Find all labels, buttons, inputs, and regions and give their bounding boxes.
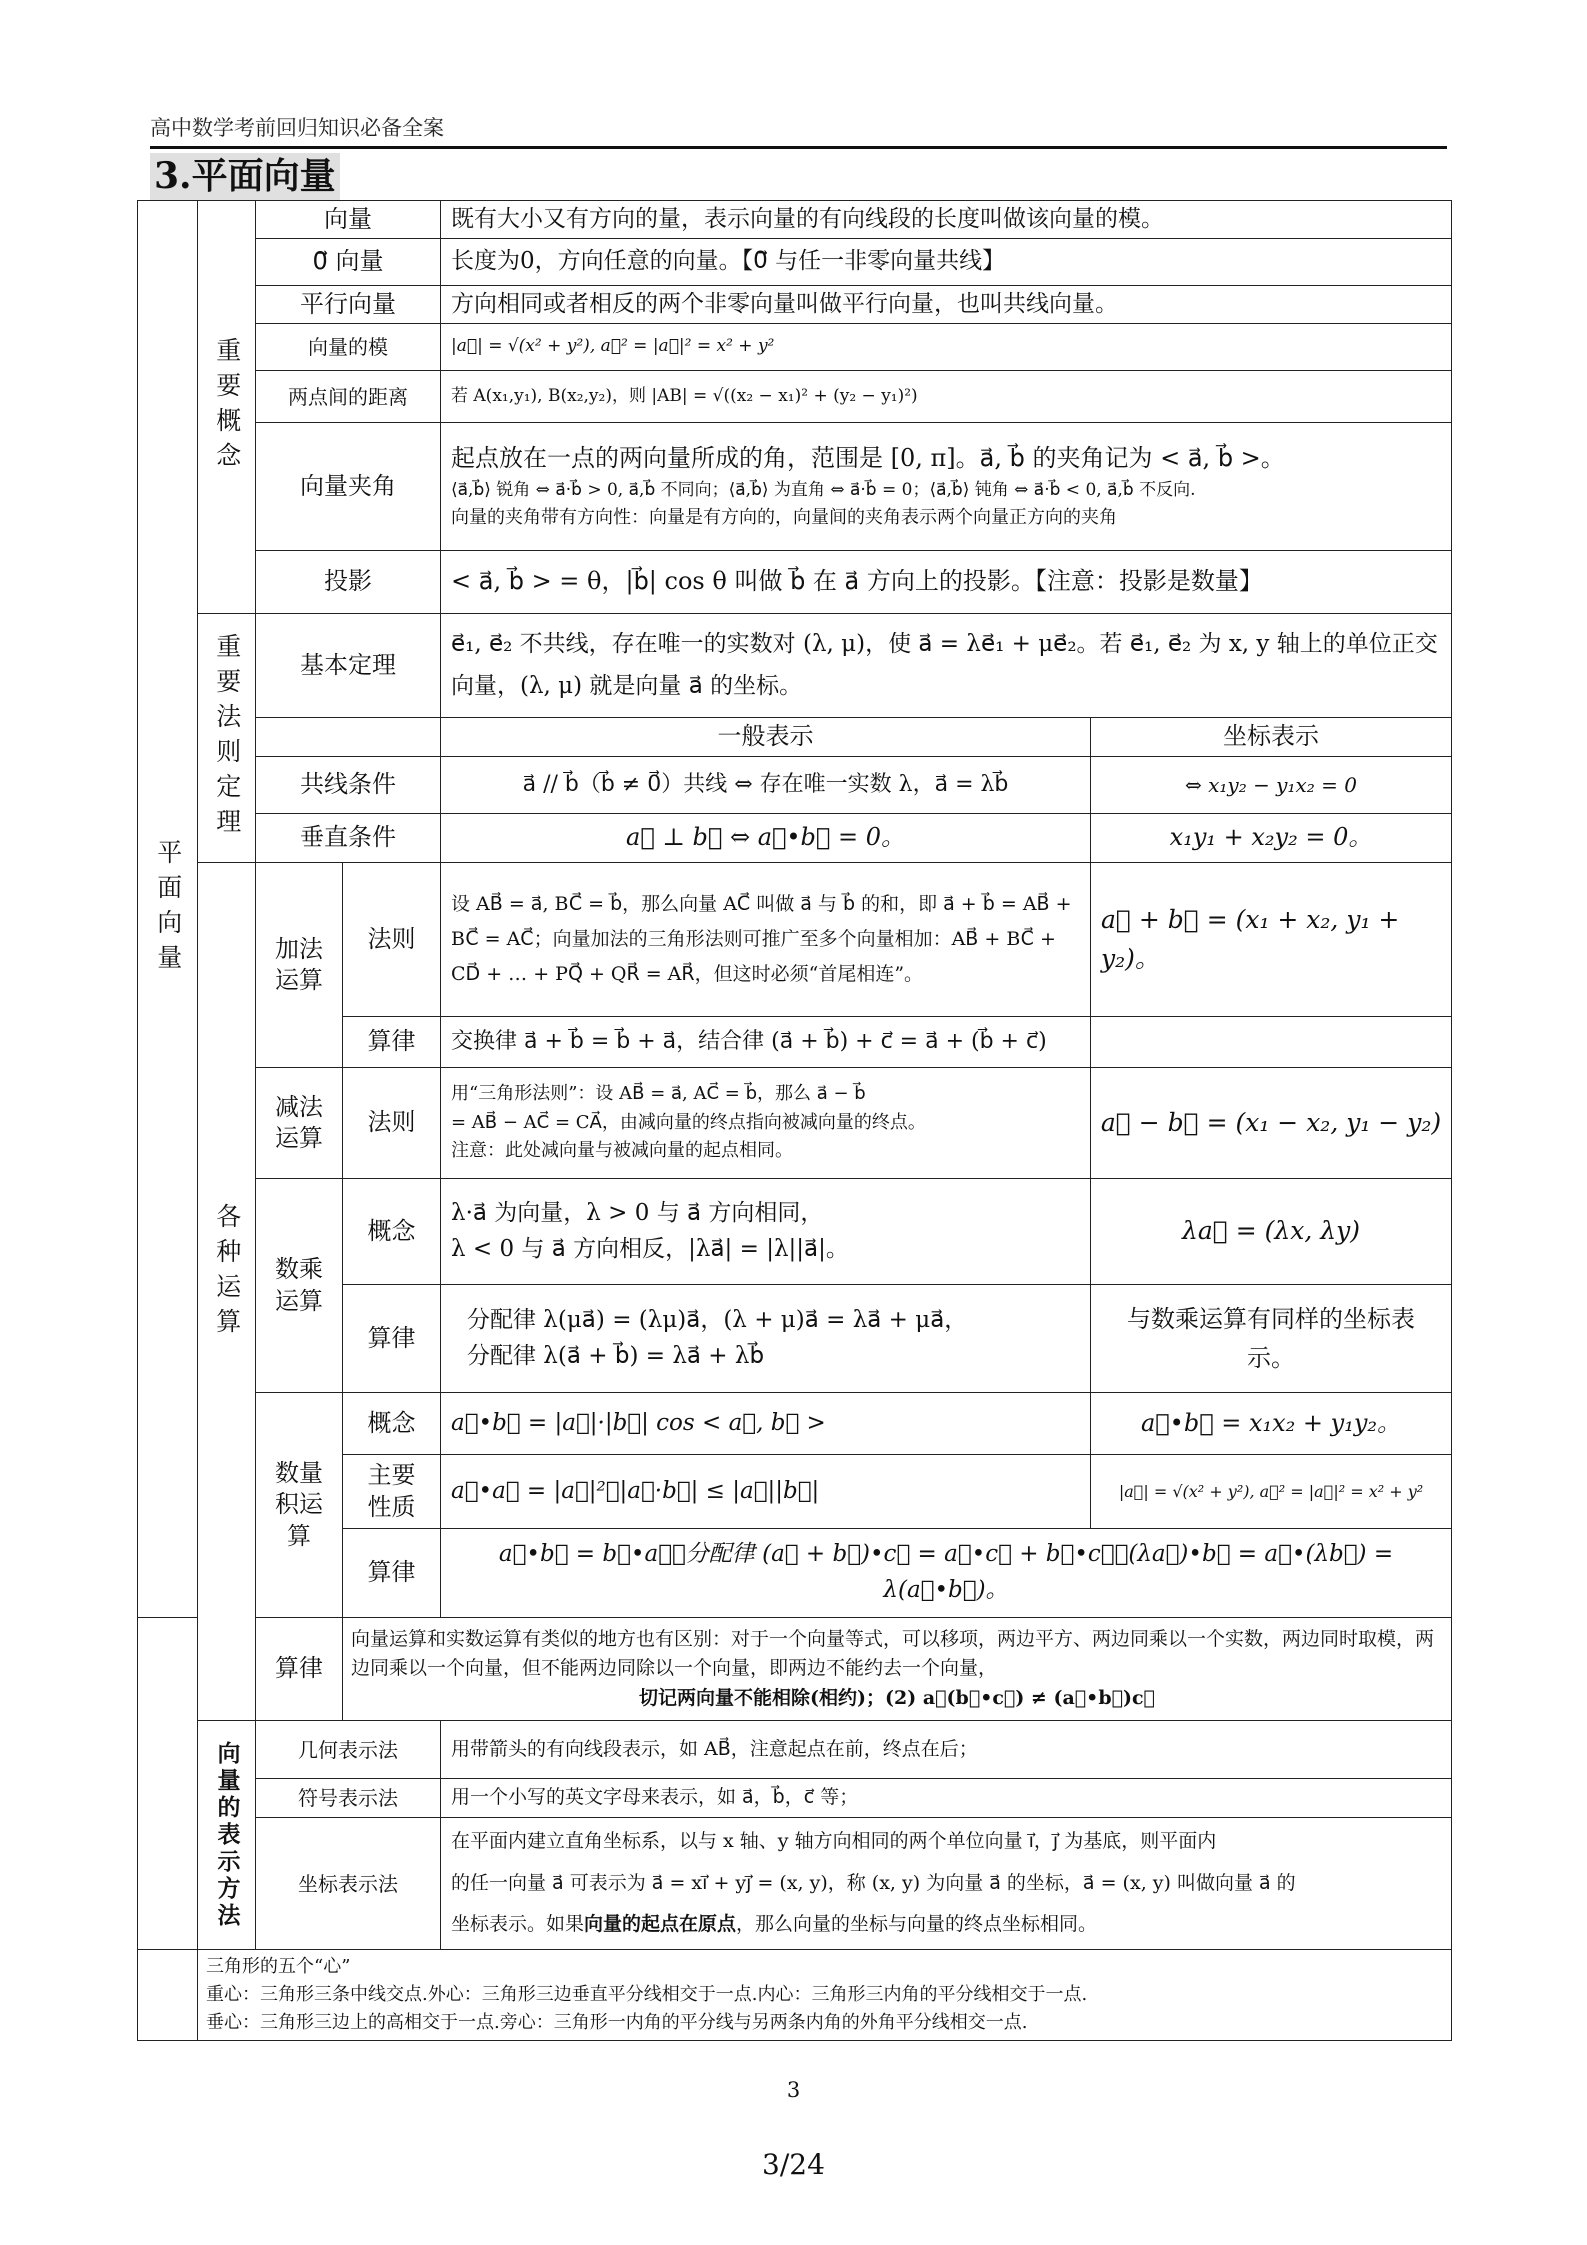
op-scalar-law-label: 算律 <box>342 1284 441 1393</box>
header-divider <box>150 146 1447 149</box>
group-operations-label: 各种运算 <box>210 1203 243 1343</box>
document-header-title: 高中数学考前回归知识必备全案 <box>150 112 444 142</box>
theorem-name-collinear: 共线条件 <box>255 756 441 814</box>
group-theorems-cell: 重要法则定理 <box>197 613 256 863</box>
group-representation-cell: 向量的表示方法 <box>197 1720 256 1950</box>
op-addition-law-label: 算律 <box>342 1016 441 1068</box>
op-subtraction-rule: 用“三角形法则”：设 AB⃗ = a⃗, AC⃗ = b⃗，那么 a⃗ − b⃗… <box>440 1067 1091 1179</box>
group-representation-label: 向量的表示方法 <box>212 1741 242 1930</box>
concept-name-vector: 向量 <box>255 200 441 239</box>
op-subtraction-rule-label: 法则 <box>342 1067 441 1179</box>
op-scalar-concept-coord: λa⃗ = (λx, λy) <box>1090 1178 1452 1285</box>
theorem-header-blank <box>255 717 441 757</box>
op-subtraction-name: 减法运算 <box>255 1067 343 1179</box>
theorem-coord-perpendicular: x₁y₁ + x₂y₂ = 0。 <box>1090 813 1452 863</box>
rep-content-geometric: 用带箭头的有向线段表示，如 AB⃗，注意起点在前，终点在后； <box>440 1720 1452 1779</box>
theorem-content-basic: e⃗₁, e⃗₂ 不共线，存在唯一的实数对 (λ, μ)，使 a⃗ = λe⃗₁… <box>440 613 1452 718</box>
triangle-centers-note: 三角形的五个“心” 重心：三角形三条中线交点.外心：三角形三边垂直平分线相交于一… <box>197 1949 1452 2041</box>
concept-name-parallel: 平行向量 <box>255 285 441 324</box>
concept-name-magnitude: 向量的模 <box>255 323 441 371</box>
theorem-general-perpendicular: a⃗ ⊥ b⃗ ⇔ a⃗•b⃗ = 0。 <box>440 813 1091 863</box>
op-dot-concept-label: 概念 <box>342 1392 441 1455</box>
rep-content-symbolic: 用一个小写的英文字母来表示，如 a⃗，b⃗，c⃗ 等； <box>440 1778 1452 1818</box>
outer-label-cell: 平面向量 <box>137 200 198 1618</box>
group-concepts-cell: 重要概念 <box>197 200 256 614</box>
group-operations-cell: 各种运算 <box>197 862 256 1721</box>
op-scalar-law-coord: 与数乘运算有同样的坐标表示。 <box>1090 1284 1452 1393</box>
group-theorems-label: 重要法则定理 <box>210 633 243 843</box>
page-number: 3 <box>0 2078 1587 2102</box>
section-title: 3.平面向量 <box>150 153 340 200</box>
theorem-header-coordinate: 坐标表示 <box>1090 717 1452 757</box>
op-addition-rule-coord: a⃗ + b⃗ = (x₁ + x₂, y₁ + y₂)。 <box>1090 862 1452 1017</box>
op-addition-law-coord <box>1090 1016 1452 1068</box>
op-dot-property-coord: |a⃗| = √(x² + y²), a⃗² = |a⃗|² = x² + y² <box>1090 1454 1452 1529</box>
concept-content-distance: 若 A(x₁,y₁), B(x₂,y₂)，则 |AB| = √((x₂ − x₁… <box>440 370 1452 423</box>
outer-blank-cell <box>137 1617 198 1950</box>
concept-name-distance: 两点间的距离 <box>255 370 441 423</box>
op-addition-name: 加法运算 <box>255 862 343 1068</box>
op-general-law: 向量运算和实数运算有类似的地方也有区别：对于一个向量等式，可以移项，两边平方、两… <box>342 1617 1452 1721</box>
theorem-coord-collinear: ⇔ x₁y₂ − y₁x₂ = 0 <box>1090 756 1452 814</box>
concept-name-zero-vector: 0⃗ 向量 <box>255 238 441 286</box>
theorem-header-general: 一般表示 <box>440 717 1091 757</box>
rep-name-geometric: 几何表示法 <box>255 1720 441 1779</box>
concept-name-projection: 投影 <box>255 550 441 614</box>
triangle-centers-left-blank <box>137 1949 198 2041</box>
op-scalar-law: 分配律 λ(μa⃗) = (λμ)a⃗，(λ + μ)a⃗ = λa⃗ + μa… <box>440 1284 1091 1393</box>
op-dot-property: a⃗•a⃗ = |a⃗|²，|a⃗·b⃗| ≤ |a⃗||b⃗| <box>440 1454 1091 1529</box>
op-scalar-name: 数乘运算 <box>255 1178 343 1393</box>
op-dot-law-label: 算律 <box>342 1528 441 1618</box>
group-concepts-label: 重要概念 <box>210 337 243 477</box>
op-general-law-label: 算律 <box>255 1617 343 1721</box>
concept-content-vector: 既有大小又有方向的量，表示向量的有向线段的长度叫做该向量的模。 <box>440 200 1452 239</box>
op-addition-rule-label: 法则 <box>342 862 441 1017</box>
rep-content-coordinate: 在平面内建立直角坐标系，以与 x 轴、y 轴方向相同的两个单位向量 i⃗，j⃗ … <box>440 1817 1452 1950</box>
concept-content-angle: 起点放在一点的两向量所成的角，范围是 [0, π]。a⃗, b⃗ 的夹角记为 <… <box>440 422 1452 551</box>
op-scalar-concept: λ·a⃗ 为向量，λ > 0 与 a⃗ 方向相同， λ < 0 与 a⃗ 方向相… <box>440 1178 1091 1285</box>
rep-name-symbolic: 符号表示法 <box>255 1778 441 1818</box>
theorem-general-collinear: a⃗ // b⃗（b⃗ ≠ 0⃗）共线 ⇔ 存在唯一实数 λ，a⃗ = λb⃗ <box>440 756 1091 814</box>
outer-label: 平面向量 <box>151 839 184 979</box>
op-dot-law: a⃗•b⃗ = b⃗•a⃗，分配律 (a⃗ + b⃗)•c⃗ = a⃗•c⃗ +… <box>440 1528 1452 1618</box>
op-addition-rule: 设 AB⃗ = a⃗, BC⃗ = b⃗，那么向量 AC⃗ 叫做 a⃗ 与 b⃗… <box>440 862 1091 1017</box>
concept-content-parallel: 方向相同或者相反的两个非零向量叫做平行向量，也叫共线向量。 <box>440 285 1452 324</box>
rep-name-coordinate: 坐标表示法 <box>255 1817 441 1950</box>
page-of-total: 3/24 <box>0 2148 1587 2181</box>
theorem-name-basic: 基本定理 <box>255 613 441 718</box>
concept-content-magnitude: |a⃗| = √(x² + y²), a⃗² = |a⃗|² = x² + y² <box>440 323 1452 371</box>
op-dot-property-label: 主要性质 <box>342 1454 441 1529</box>
concept-content-projection: < a⃗, b⃗ > = θ，|b⃗| cos θ 叫做 b⃗ 在 a⃗ 方向上… <box>440 550 1452 614</box>
op-dot-concept: a⃗•b⃗ = |a⃗|·|b⃗| cos < a⃗, b⃗ > <box>440 1392 1091 1455</box>
op-scalar-concept-label: 概念 <box>342 1178 441 1285</box>
op-subtraction-rule-coord: a⃗ − b⃗ = (x₁ − x₂, y₁ − y₂) <box>1090 1067 1452 1179</box>
concept-content-zero-vector: 长度为0，方向任意的向量。【0⃗ 与任一非零向量共线】 <box>440 238 1452 286</box>
op-addition-law: 交换律 a⃗ + b⃗ = b⃗ + a⃗，结合律 (a⃗ + b⃗) + c⃗… <box>440 1016 1091 1068</box>
concept-name-angle: 向量夹角 <box>255 422 441 551</box>
op-dot-name: 数量积运算 <box>255 1392 343 1618</box>
theorem-name-perpendicular: 垂直条件 <box>255 813 441 863</box>
op-dot-concept-coord: a⃗•b⃗ = x₁x₂ + y₁y₂。 <box>1090 1392 1452 1455</box>
